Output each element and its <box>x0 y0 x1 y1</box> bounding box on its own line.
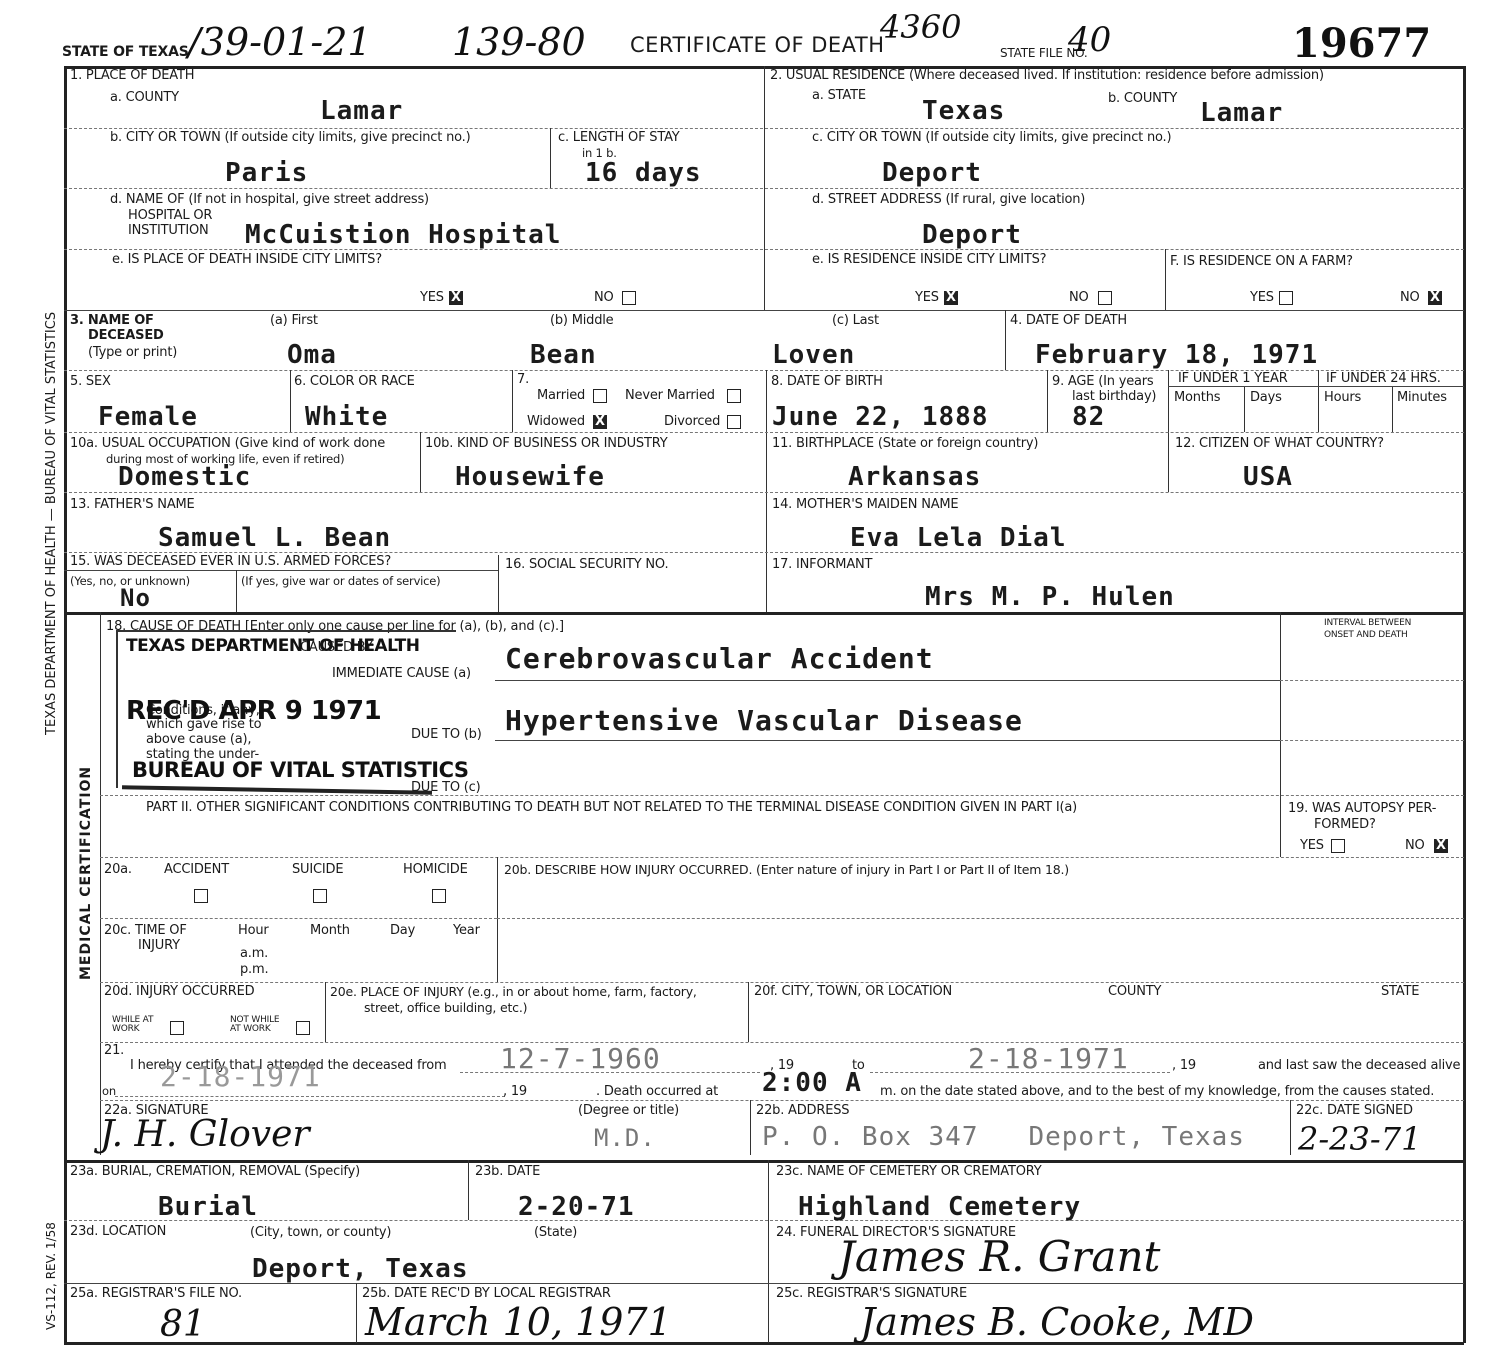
date-signed-label: 22c. DATE SIGNED <box>1296 1103 1413 1118</box>
suicide-checkbox[interactable] <box>313 889 327 903</box>
age-field[interactable]: 82 <box>1072 402 1105 432</box>
residence-county-field[interactable]: Lamar <box>1200 98 1283 128</box>
date-signed-field[interactable]: 2-23-71 <box>1298 1120 1421 1158</box>
divorced-label: Divorced <box>664 414 720 429</box>
no-label: NO <box>1400 290 1420 305</box>
birth-date-label: 8. DATE OF BIRTH <box>771 374 883 389</box>
first-name-label: (a) First <box>270 313 318 328</box>
yes-label: YES <box>420 290 444 305</box>
describe-injury-label: 20b. DESCRIBE HOW INJURY OCCURRED. (Ente… <box>504 862 1069 877</box>
certification-number-label: 21. <box>104 1043 124 1058</box>
interval-label-1: INTERVAL BETWEEN <box>1324 618 1411 628</box>
date-received-label: 25b. DATE REC'D BY LOCAL REGISTRAR <box>362 1286 611 1301</box>
accident-checkbox[interactable] <box>194 889 208 903</box>
mother-name-field[interactable]: Eva Lela Dial <box>850 523 1067 553</box>
on-label: on <box>102 1084 116 1098</box>
handwritten-number-3: 4360 <box>880 8 961 46</box>
hospital-label-3: INSTITUTION <box>128 223 209 238</box>
armed-forces-label: 15. WAS DECEASED EVER IN U.S. ARMED FORC… <box>70 554 391 569</box>
cemetery-field[interactable]: Highland Cemetery <box>798 1192 1081 1222</box>
side-label-medical: MEDICAL CERTIFICATION <box>78 766 94 980</box>
armed-forces-sublabel-2: (If yes, give war or dates of service) <box>241 574 440 588</box>
last-seen-date-field[interactable]: 2-18-1971 <box>160 1060 321 1093</box>
handwritten-number-2: 139-80 <box>452 20 586 64</box>
residence-state-label: a. STATE <box>812 88 866 103</box>
death-county-label: a. COUNTY <box>110 90 179 105</box>
death-date-field[interactable]: February 18, 1971 <box>1035 340 1318 370</box>
citizen-label: 12. CITIZEN OF WHAT COUNTRY? <box>1175 436 1384 451</box>
degree-field[interactable]: M.D. <box>594 1124 656 1152</box>
homicide-label: HOMICIDE <box>403 862 468 877</box>
father-name-label: 13. FATHER'S NAME <box>70 497 195 512</box>
hour-label: Hour <box>238 923 269 938</box>
residence-city-label: c. CITY OR TOWN (If outside city limits,… <box>812 130 1171 145</box>
place-of-death-label: 1. PLACE OF DEATH <box>70 68 194 83</box>
due-to-b-field[interactable]: Hypertensive Vascular Disease <box>505 704 1023 737</box>
residence-county-label: b. COUNTY <box>1108 91 1177 106</box>
state-label: STATE OF TEXAS <box>62 44 189 60</box>
part-two-label: PART II. OTHER SIGNIFICANT CONDITIONS CO… <box>146 800 1077 815</box>
hospital-field[interactable]: McCuistion Hospital <box>245 220 561 250</box>
attended-from-field[interactable]: 12-7-1960 <box>500 1042 661 1075</box>
race-field[interactable]: White <box>305 402 388 432</box>
death-time-field[interactable]: 2:00 A <box>762 1068 862 1098</box>
injury-county-label: COUNTY <box>1108 984 1161 999</box>
birth-date-field[interactable]: June 22, 1888 <box>772 402 989 432</box>
yes-label: YES <box>1250 290 1274 305</box>
residence-label: 2. USUAL RESIDENCE (Where deceased lived… <box>770 68 1324 83</box>
while-at-work-checkbox[interactable] <box>170 1021 184 1035</box>
under-one-year-label: IF UNDER 1 YEAR <box>1178 371 1288 386</box>
name-label-3: (Type or print) <box>88 345 177 360</box>
disposition-field[interactable]: Burial <box>158 1192 258 1222</box>
yes-label: YES <box>1300 838 1324 853</box>
birthplace-label: 11. BIRTHPLACE (State or foreign country… <box>772 436 1038 451</box>
name-label: 3. NAME OF <box>70 313 154 328</box>
not-while-at-work-label: NOT WHILE AT WORK <box>230 1016 292 1034</box>
burial-location-field[interactable]: Deport, Texas <box>252 1254 469 1284</box>
certificate-title: CERTIFICATE OF DEATH <box>630 33 885 57</box>
months-label: Months <box>1174 390 1220 405</box>
physician-signature[interactable]: J. H. Glover <box>100 1114 310 1155</box>
death-occurred-at-label: . Death occurred at <box>596 1084 718 1099</box>
under-24-hours-label: IF UNDER 24 HRS. <box>1326 371 1441 386</box>
injury-occurred-label: 20d. INJURY OCCURRED <box>104 984 254 999</box>
married-label: Married <box>537 388 585 403</box>
middle-name-field[interactable]: Bean <box>530 340 597 370</box>
interval-label-2: ONSET AND DEATH <box>1324 630 1408 640</box>
father-name-field[interactable]: Samuel L. Bean <box>158 523 391 553</box>
address-label: 22b. ADDRESS <box>756 1103 849 1118</box>
funeral-director-signature[interactable]: James R. Grant <box>838 1232 1160 1281</box>
state-file-number: 40 <box>1068 20 1111 60</box>
injury-city-label: 20f. CITY, TOWN, OR LOCATION <box>754 984 952 999</box>
attended-to-field[interactable]: 2-18-1971 <box>968 1042 1129 1075</box>
citizen-field[interactable]: USA <box>1243 462 1293 492</box>
homicide-checkbox[interactable] <box>432 889 446 903</box>
mother-name-label: 14. MOTHER'S MAIDEN NAME <box>772 497 958 512</box>
occupation-label: 10a. USUAL OCCUPATION (Give kind of work… <box>70 436 385 451</box>
no-label: NO <box>594 290 614 305</box>
race-label: 6. COLOR OR RACE <box>294 374 415 389</box>
residence-inside-limits-yes-checkbox[interactable]: X <box>944 291 958 305</box>
death-county-field[interactable]: Lamar <box>320 96 403 126</box>
last-name-field[interactable]: Loven <box>772 340 855 370</box>
injury-type-label: 20a. <box>104 862 132 877</box>
month-label: Month <box>310 923 350 938</box>
death-inside-limits-yes-checkbox[interactable]: X <box>449 291 463 305</box>
yes-label: YES <box>915 290 939 305</box>
business-field[interactable]: Housewife <box>455 462 605 492</box>
ssn-label: 16. SOCIAL SECURITY NO. <box>505 557 668 572</box>
residence-state-field[interactable]: Texas <box>922 96 1005 126</box>
certificate-number: 19677 <box>1292 20 1431 67</box>
farm-label: F. IS RESIDENCE ON A FARM? <box>1170 254 1353 269</box>
occupation-field[interactable]: Domestic <box>118 462 251 492</box>
accident-label: ACCIDENT <box>164 862 229 877</box>
residence-inside-limits-no-checkbox[interactable] <box>1098 291 1112 305</box>
inside-city-limits-label: e. IS PLACE OF DEATH INSIDE CITY LIMITS? <box>112 252 382 267</box>
registrar-signature[interactable]: James B. Cooke, MD <box>860 1300 1254 1344</box>
time-of-injury-sublabel: INJURY <box>138 938 180 953</box>
date-received-field[interactable]: March 10, 1971 <box>365 1300 672 1344</box>
disposition-label: 23a. BURIAL, CREMATION, REMOVAL (Specify… <box>70 1164 360 1179</box>
hospital-label-2: HOSPITAL OR <box>128 208 212 223</box>
widowed-checkbox[interactable]: X <box>593 415 607 429</box>
autopsy-no-checkbox[interactable]: X <box>1434 839 1448 853</box>
no-label: NO <box>1405 838 1425 853</box>
registrar-file-field[interactable]: 81 <box>160 1304 206 1345</box>
last-saw-text: and last saw the deceased alive <box>1258 1058 1460 1073</box>
immediate-cause-field[interactable]: Cerebrovascular Accident <box>505 642 934 675</box>
day-label: Day <box>390 923 415 938</box>
middle-name-label: (b) Middle <box>550 313 613 328</box>
year-label: Year <box>453 923 480 938</box>
armed-forces-field[interactable]: No <box>120 584 151 612</box>
death-time-statement: m. on the date stated above, and to the … <box>880 1084 1434 1099</box>
physician-address-field[interactable]: P. O. Box 347 Deport, Texas <box>762 1122 1245 1152</box>
residence-city-field[interactable]: Deport <box>882 158 982 188</box>
suicide-label: SUICIDE <box>292 862 343 877</box>
registrar-file-label: 25a. REGISTRAR'S FILE NO. <box>70 1286 242 1301</box>
never-married-checkbox[interactable] <box>727 389 741 403</box>
sex-label: 5. SEX <box>70 374 111 389</box>
no-label: NO <box>1069 290 1089 305</box>
received-stamp: TEXAS DEPARTMENT OF HEALTH REC'D APR 9 1… <box>116 630 442 790</box>
burial-date-field[interactable]: 2-20-71 <box>518 1192 635 1222</box>
married-checkbox[interactable] <box>593 389 607 403</box>
death-inside-limits-no-checkbox[interactable] <box>622 291 636 305</box>
informant-label: 17. INFORMANT <box>772 557 872 572</box>
pm-label: p.m. <box>240 962 268 977</box>
registrar-signature-label: 25c. REGISTRAR'S SIGNATURE <box>776 1286 967 1301</box>
handwritten-number-1: /39-01-21 <box>188 20 372 64</box>
street-address-field[interactable]: Deport <box>922 220 1022 250</box>
not-while-at-work-checkbox[interactable] <box>296 1021 310 1035</box>
birthplace-field[interactable]: Arkansas <box>848 462 981 492</box>
burial-state-label: (State) <box>534 1225 577 1240</box>
cemetery-label: 23c. NAME OF CEMETERY OR CREMATORY <box>776 1164 1041 1179</box>
place-of-injury-sublabel: street, office building, etc.) <box>364 1000 527 1015</box>
farm-no-checkbox[interactable]: X <box>1428 291 1442 305</box>
stamp-bureau: BUREAU OF VITAL STATISTICS <box>132 758 469 782</box>
last-name-label: (c) Last <box>832 313 879 328</box>
side-label-department: TEXAS DEPARTMENT OF HEALTH — BUREAU OF V… <box>44 312 59 735</box>
stamp-received-date: REC'D APR 9 1971 <box>126 696 381 726</box>
length-of-stay-label: c. LENGTH OF STAY <box>558 130 680 145</box>
stamp-department: TEXAS DEPARTMENT OF HEALTH <box>126 636 419 656</box>
death-city-label: b. CITY OR TOWN (If outside city limits,… <box>110 130 470 145</box>
burial-date-label: 23b. DATE <box>475 1164 540 1179</box>
sex-field[interactable]: Female <box>98 402 198 432</box>
burial-city-label: (City, town, or county) <box>250 1225 391 1240</box>
death-city-field[interactable]: Paris <box>225 158 308 188</box>
divorced-checkbox[interactable] <box>727 415 741 429</box>
while-at-work-label: WHILE AT WORK <box>112 1016 167 1034</box>
length-of-stay-field[interactable]: 16 days <box>585 158 702 188</box>
hours-label: Hours <box>1324 390 1361 405</box>
time-of-injury-label: 20c. TIME OF <box>104 923 187 938</box>
informant-field[interactable]: Mrs M. P. Hulen <box>925 582 1175 612</box>
death-date-label: 4. DATE OF DEATH <box>1010 313 1127 328</box>
autopsy-sublabel: FORMED? <box>1314 817 1376 832</box>
business-label: 10b. KIND OF BUSINESS OR INDUSTRY <box>425 436 667 451</box>
street-address-label: d. STREET ADDRESS (If rural, give locati… <box>812 192 1085 207</box>
days-label: Days <box>1250 390 1282 405</box>
nineteen-label: , 19 <box>1172 1058 1196 1073</box>
autopsy-yes-checkbox[interactable] <box>1331 839 1345 853</box>
injury-state-label: STATE <box>1381 984 1419 999</box>
never-married-label: Never Married <box>625 388 715 403</box>
burial-location-label: 23d. LOCATION <box>70 1224 166 1239</box>
farm-yes-checkbox[interactable] <box>1279 291 1293 305</box>
minutes-label: Minutes <box>1397 390 1447 405</box>
residence-inside-limits-label: e. IS RESIDENCE INSIDE CITY LIMITS? <box>812 252 1046 267</box>
age-label: 9. AGE (In years <box>1052 374 1153 389</box>
nineteen-label: , 19 <box>503 1084 527 1099</box>
degree-label: (Degree or title) <box>578 1103 679 1118</box>
form-revision-label: VS-112, REV. 1/58 <box>44 1222 58 1330</box>
first-name-field[interactable]: Oma <box>287 340 337 370</box>
widowed-label: Widowed <box>527 414 585 429</box>
am-label: a.m. <box>240 946 268 961</box>
place-of-injury-label: 20e. PLACE OF INJURY (e.g., in or about … <box>330 984 697 999</box>
marital-status-label: 7. <box>517 372 529 387</box>
name-label-2: DECEASED <box>88 328 164 343</box>
autopsy-label: 19. WAS AUTOPSY PER- <box>1288 801 1436 816</box>
hospital-label: d. NAME OF (If not in hospital, give str… <box>110 192 429 207</box>
